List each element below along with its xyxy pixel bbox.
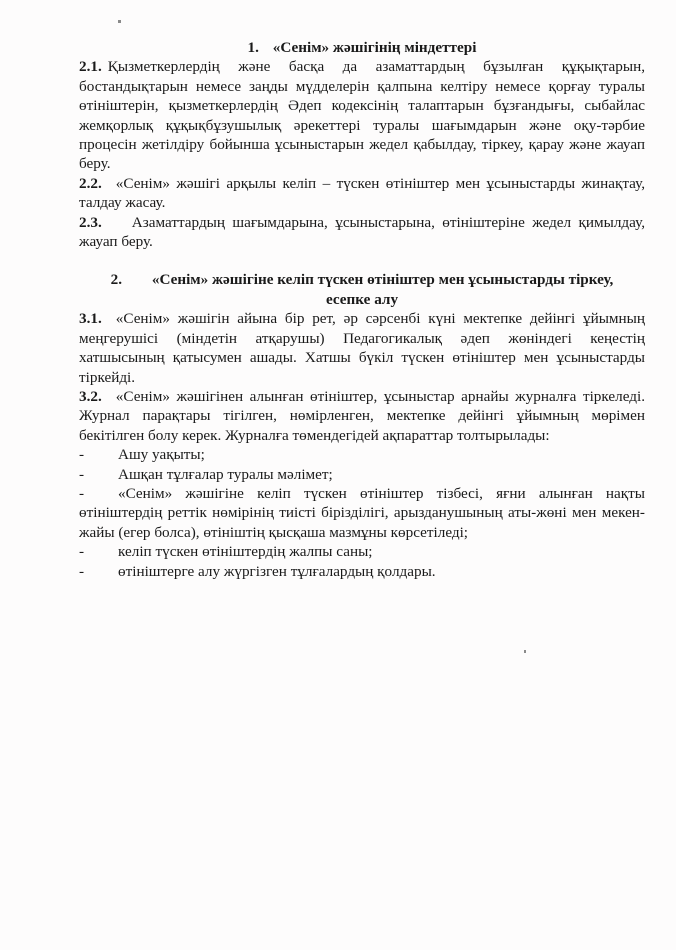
dash-bullet: - [79,445,118,464]
dash-bullet: - [79,465,118,484]
section-2-heading: 2. «Сенім» жәшігіне келіп түскен өтінішт… [79,270,645,309]
scan-speck [524,650,526,653]
list-item-text: Ашу уақыты; [118,446,205,463]
dash-bullet: - [79,542,118,561]
section-1-title: «Сенім» жәшігінің міндеттері [273,39,477,56]
dash-bullet: - [79,562,118,581]
item-text: Қызметкерлердің және басқа да азаматтард… [79,58,645,172]
item-text: Азаматтардың шағымдарына, ұсыныстарына, … [79,214,645,250]
list-item-text: келіп түскен өтініштердің жалпы саны; [118,543,373,560]
scan-speck [118,20,121,23]
item-3-2: 3.2.«Сенім» жәшігінен алынған өтініштер,… [79,387,645,445]
list-item: -өтініштерге алу жүргізген тұлғалардың қ… [79,562,645,581]
spacer [79,251,645,270]
list-item-text: өтініштерге алу жүргізген тұлғалардың қо… [118,563,436,580]
list-item-text: «Сенім» жәшігіне келіп түскен өтініштер … [79,485,645,541]
item-2-1: 2.1.Қызметкерлердің және басқа да азамат… [79,57,645,173]
section-1-heading: 1. «Сенім» жәшігінің міндеттері [79,38,645,57]
item-number: 2.1. [79,58,102,75]
item-number: 2.3. [79,214,102,231]
item-2-2: 2.2.«Сенім» жәшігі арқылы келіп – түскен… [79,174,645,213]
list-item: -келіп түскен өтініштердің жалпы саны; [79,542,645,561]
item-number: 3.2. [79,388,102,405]
item-number: 3.1. [79,310,102,327]
item-text: «Сенім» жәшігін айына бір рет, әр сәрсен… [79,310,645,385]
list-item-text: Ашқан тұлғалар туралы мәлімет; [118,466,333,483]
list-item: -«Сенім» жәшігіне келіп түскен өтініштер… [79,484,645,542]
section-2-title-line2: есепке алу [326,291,398,308]
item-text: «Сенім» жәшігі арқылы келіп – түскен өті… [79,175,645,211]
item-text: «Сенім» жәшігінен алынған өтініштер, ұсы… [79,388,645,444]
item-3-1: 3.1.«Сенім» жәшігін айына бір рет, әр сә… [79,309,645,387]
section-1-number: 1. [248,39,259,56]
list-item: -Ашқан тұлғалар туралы мәлімет; [79,465,645,484]
dash-bullet: - [79,484,118,503]
document-page: 1. «Сенім» жәшігінің міндеттері 2.1.Қызм… [79,38,645,581]
list-item: -Ашу уақыты; [79,445,645,464]
item-number: 2.2. [79,175,102,192]
section-2-title-line1: «Сенім» жәшігіне келіп түскен өтініштер … [152,271,614,288]
section-2-number: 2. [111,271,122,288]
item-2-3: 2.3.Азаматтардың шағымдарына, ұсыныстары… [79,213,645,252]
